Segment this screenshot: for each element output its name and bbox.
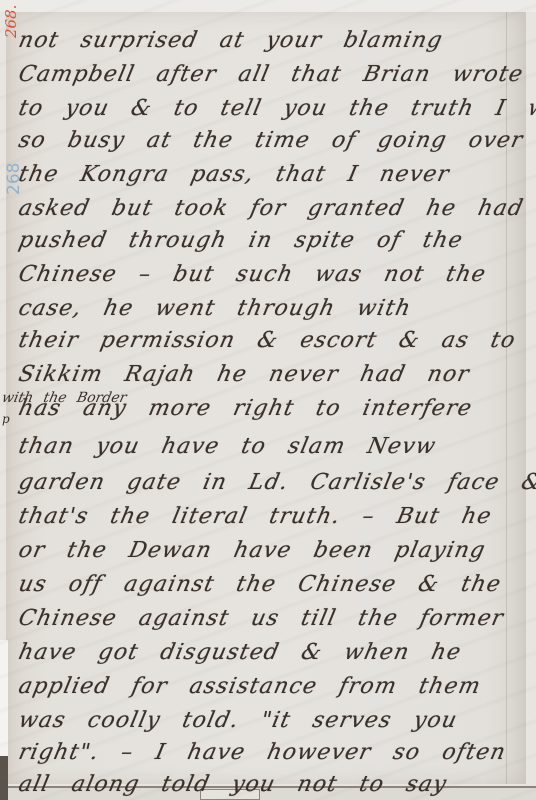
text-line: asked but took for granted he had	[14, 196, 526, 230]
text-line: than you have to slam Nevw	[14, 434, 438, 468]
binding-shadow	[0, 756, 8, 800]
text-line: or the Dewan have been playing	[14, 538, 488, 572]
binding-tab	[0, 640, 8, 758]
text-line: garden gate in Ld. Carlisle's face &	[14, 470, 536, 504]
text-line: so busy at the time of going over	[14, 128, 525, 162]
text-line: Campbell after all that Brian wrote	[14, 62, 526, 96]
margin-mark: p	[2, 412, 10, 426]
scanner-top-margin	[0, 0, 536, 12]
text-line: case, he went through with	[14, 296, 413, 330]
text-line: have got disgusted & when he	[14, 640, 464, 674]
text-line: the Kongra pass, that I never	[14, 162, 452, 196]
text-line: was coolly told. "it serves you	[14, 708, 460, 742]
text-line: Chinese against us till the former	[14, 606, 506, 640]
text-line: that's the literal truth. – But he	[14, 504, 494, 538]
interlinear-insertion: with the Border	[0, 390, 128, 406]
folio-number-red: 268.	[2, 5, 20, 38]
text-line: all along told you not to say	[14, 772, 449, 800]
text-line: right". – I have however so often	[14, 740, 508, 774]
text-line: pushed through in spite of the	[14, 228, 465, 262]
manuscript-scan: 268. 268 not surprised at your blaming C…	[0, 0, 536, 800]
text-line: us off against the Chinese & the	[14, 572, 503, 606]
text-line: their permission & escort & as to the	[14, 328, 536, 362]
text-line: Chinese – but such was not the	[14, 262, 488, 296]
text-line: to you & to tell you the truth I was	[14, 96, 536, 130]
text-line: applied for assistance from them	[14, 674, 483, 708]
text-line: not surprised at your blaming	[14, 28, 445, 62]
